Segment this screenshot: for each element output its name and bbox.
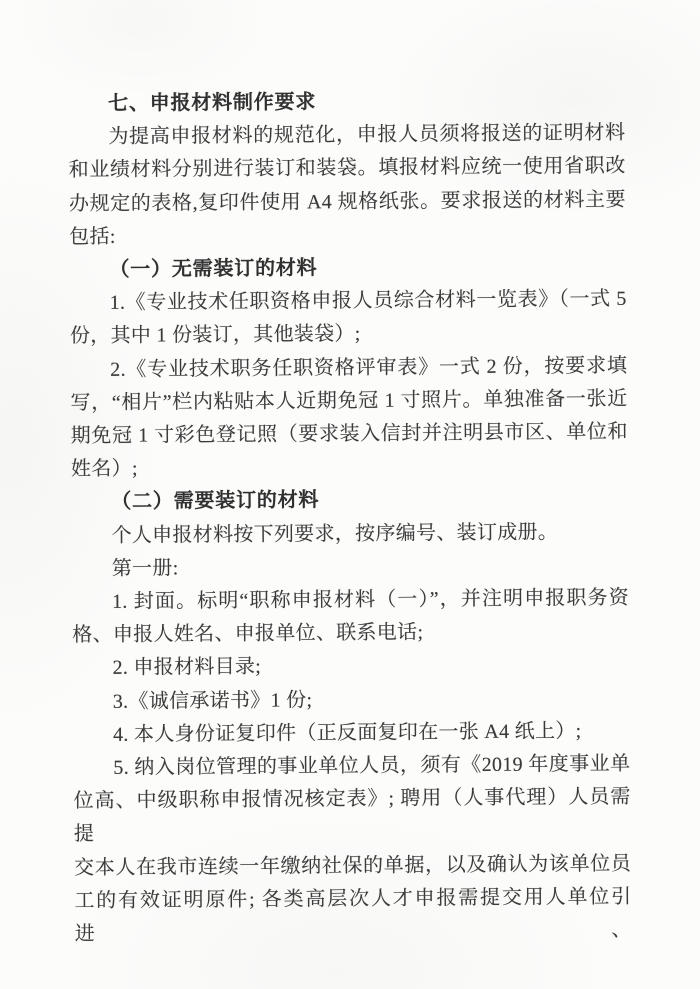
doc-line: 交本人在我市连续一年缴纳社保的单据，以及确认为该单位员 xyxy=(74,847,631,885)
doc-line: 姓名）; xyxy=(71,449,628,487)
doc-line: 个人申报材料按下列要求，按序编号、装订成册。 xyxy=(71,515,628,553)
doc-line: 1.《专业技术任职资格申报人员综合材料一览表》（一式 5 xyxy=(70,283,627,321)
doc-line: 为提高申报材料的规范化，申报人员须将报送的证明材料 xyxy=(68,117,625,155)
doc-line: 写，“相片”栏内粘贴本人近期免冠 1 寸照片。单独准备一张近 xyxy=(70,383,627,421)
document-title: 七、申报材料制作要求 xyxy=(68,84,625,122)
doc-line: 位高、中级职称申报情况核定表》; 聘用（人事代理）人员需提 xyxy=(73,781,631,852)
doc-line: 期免冠 1 寸彩色登记照（要求装入信封并注明县市区、单位和 xyxy=(71,416,628,454)
doc-line: 工的有效证明原件; 各类高层次人才申报需提交用人单位引进、 xyxy=(74,881,632,952)
doc-line: 包括: xyxy=(69,217,626,255)
scanned-page: 七、申报材料制作要求 为提高申报材料的规范化，申报人员须将报送的证明材料 和业绩… xyxy=(0,0,700,989)
doc-line: 第一册: xyxy=(72,549,629,587)
doc-line: 4. 本人身份证复印件（正反面复印在一张 A4 纸上）; xyxy=(73,715,630,753)
doc-line: 3.《诚信承诺书》1 份; xyxy=(73,681,630,719)
doc-line: 5. 纳入岗位管理的事业单位人员，须有《2019 年度事业单 xyxy=(73,748,630,786)
doc-line: 1. 封面。标明“职称申报材料（一）”，并注明申报职务资 xyxy=(72,582,629,620)
doc-line: 和业绩材料分别进行装订和装袋。填报材料应统一使用省职改 xyxy=(69,150,626,188)
doc-line: 办规定的表格,复印件使用 A4 规格纸张。要求报送的材料主要 xyxy=(69,183,626,221)
doc-line: 2. 申报材料目录; xyxy=(72,648,629,686)
section-heading-1: （一）无需装订的材料 xyxy=(69,250,626,288)
document-body: 七、申报材料制作要求 为提高申报材料的规范化，申报人员须将报送的证明材料 和业绩… xyxy=(68,84,632,952)
section-heading-2: （二）需要装订的材料 xyxy=(71,482,628,520)
doc-line: 份，其中 1 份装订，其他装袋）; xyxy=(70,316,627,354)
doc-line: 格、申报人姓名、申报单位、联系电话; xyxy=(72,615,629,653)
doc-line: 2.《专业技术职务任职资格评审表》一式 2 份，按要求填 xyxy=(70,349,627,387)
